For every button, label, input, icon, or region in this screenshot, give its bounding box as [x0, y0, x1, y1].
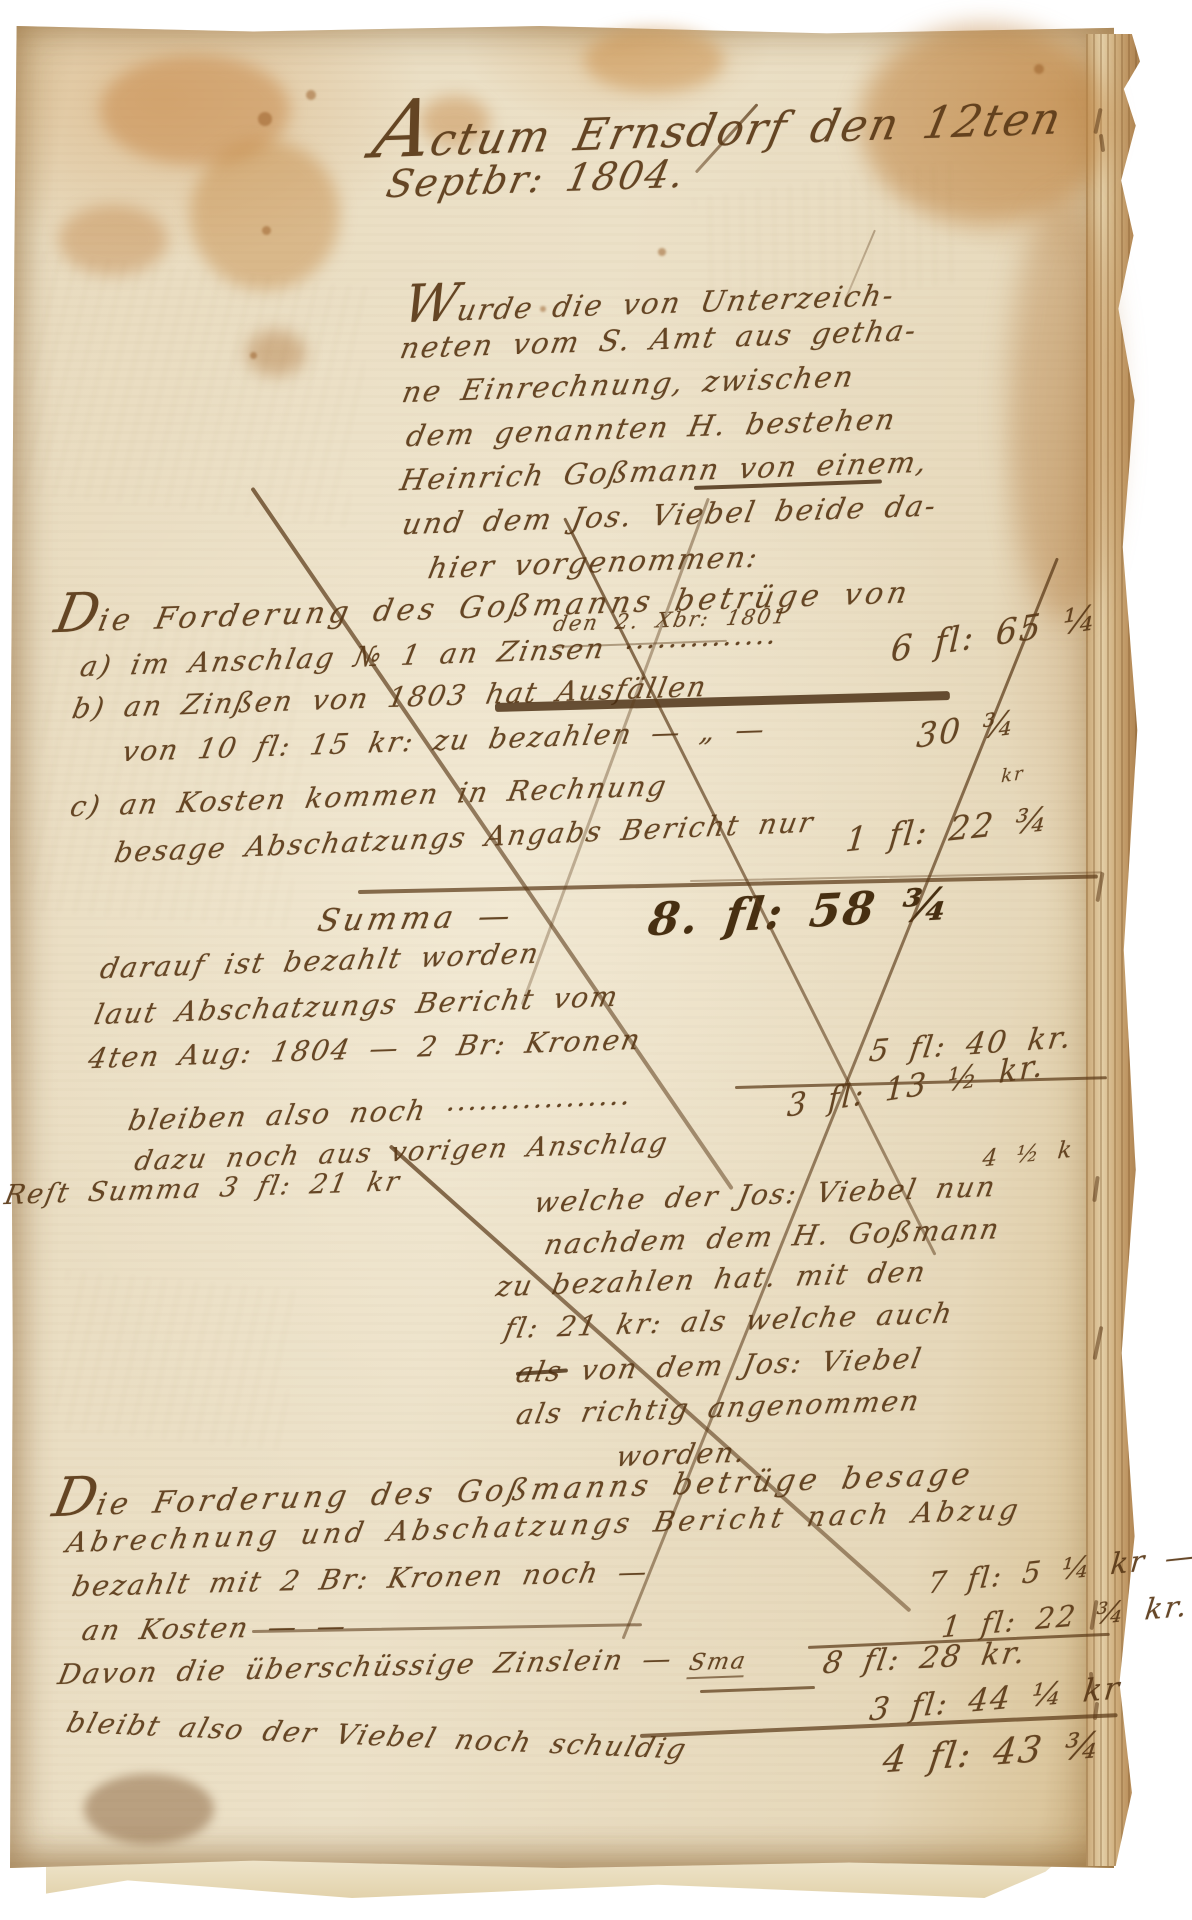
foxing-dot — [658, 248, 666, 256]
foxing-dot — [262, 226, 271, 235]
foxing-dot — [1034, 64, 1044, 74]
foxing-dot — [258, 112, 272, 126]
foxing-stain — [190, 140, 340, 290]
foxing-stain — [584, 28, 724, 92]
bleed-through-text — [53, 1270, 296, 1449]
foxing-dot — [306, 90, 316, 100]
sma-label: Sma — [686, 1648, 749, 1679]
bleed-through-text — [18, 253, 371, 526]
foxing-stain — [1008, 200, 1118, 620]
item-b-unit: kr — [1001, 763, 1026, 788]
ink-smudge — [84, 1774, 214, 1844]
scanned-manuscript: Actum Ernsdorf den 12ten Septbr: 1804. W… — [0, 0, 1192, 1920]
summa-label: Summa — — [315, 898, 518, 939]
